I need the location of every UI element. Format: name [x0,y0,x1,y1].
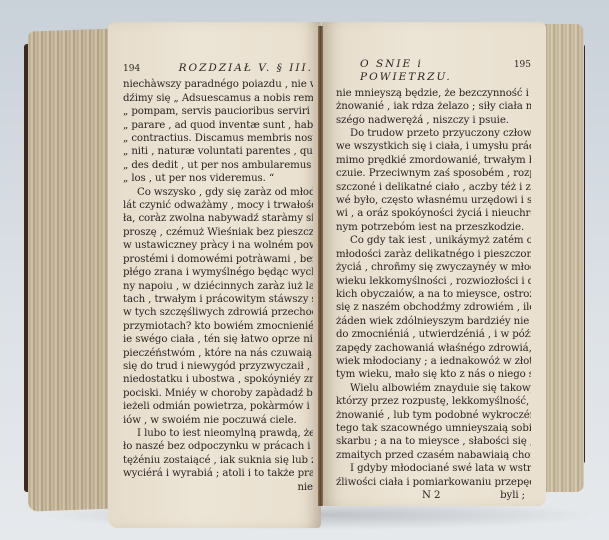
page-block-right-edge [540,24,584,492]
text-line: niechàwszy paradnégo poiazdu , nie wsty- [123,78,313,91]
text-line: wé było, często własnému urzędowi i stan… [336,194,531,207]
text-line: czuie. Przeciwnym zaś sposobém , rozpie- [336,167,531,180]
text-line: się do trud i niewygód przyzwyczaił , té… [123,360,313,373]
text-line: nym potrzebóm iest na przeszkodzie. [336,221,531,234]
text-line: I lubo to iest nieomylną prawdą, że cia- [123,427,313,440]
left-running-head: 194 ROZDZIAŁ V. § III. [123,62,313,76]
text-line: zmaitych przed czasém nabawiaią chorób. [336,449,531,462]
text-line: Do trudow przeto przyuczony człowiek, [336,127,531,140]
text-line: płégo zrana i wymyślnégo będąc wychowa- [123,266,313,279]
text-line: pociski. Mniéy w choroby zapàdadź będzie… [123,387,313,400]
text-line: „ parare , ad quod inventæ sunt , habita… [123,119,313,132]
text-line: „ des dedit , ut per nos ambularemus , o… [123,159,313,172]
text-line: wyciérá i wyrabiá ; atoli i to także pra… [123,467,313,480]
text-line: iów , w swoiém nie poczuwá ciele. [123,414,313,427]
text-line: wiek młodociany ; a iednakowóż w złotym [336,355,531,368]
text-line: prostémi i domowémi potràwami , bez cie- [123,253,313,266]
right-catchword: byli ; [500,489,525,502]
text-line: żnowanié , lub tym podobné wykroczéniá , [336,409,531,422]
text-line: „ los , ut per nos videremus. “ [123,172,313,185]
text-line: tym wieku, mało się kto z nás o niego st… [336,368,531,381]
text-line: żnowanié , iak rdza żelazo ; siły ciała … [336,100,531,113]
text-line: dźimy się „ Adsuescamus a nobis removere [123,92,313,105]
text-line: się z naszém obchodźmy zdrowiém , ilé że [336,301,531,314]
text-line: w ustawiczney pràcy i na wolném powietrz… [123,239,313,252]
text-line: tego tak szacownégo umnieyszaią sobie [336,422,531,435]
text-line: przymiotach? kto bowiém zmocnienié czu- [123,320,313,333]
text-line: Wielu albowiém znayduie się takowych, [336,382,531,395]
text-line: niedostatku i ubostwa , spokóyniéy znies… [123,373,313,386]
text-line: skarbu ; a na to mieysce , słabości się … [336,435,531,448]
text-line: wi , a oráz spokóyności życiá i nieuchro… [336,207,531,220]
text-line: zapędy zachowaniá właśnégo zdrowiá, nad [336,342,531,355]
left-page-number: 194 [123,63,140,76]
text-line: Co wszysko , gdy się zaràz od młodych [123,186,313,199]
text-line: wieku lekkomyślności , rozwiozłości i dz… [336,275,531,288]
text-line: proszę , czémuż Wieśniak bez pieszczót , [123,226,313,239]
left-page-text: 194 ROZDZIAŁ V. § III. niechàwszy paradn… [123,62,313,494]
right-running-head: O SNIE i POWIETRZU. 195 [336,58,531,85]
text-line: ie swégo ciała , tén się łatwo oprze nie… [123,333,313,346]
text-line: w tych szczęśliwych zdrowiá przechodźi [123,306,313,319]
text-line: ło naszé bez odpoczynku w prácach i sił … [123,440,313,453]
text-line: mimo prędkié zmordowanié, trwałym bydź [336,154,531,167]
text-line: młodości zaràz delikatnégo i pieszczonég… [336,248,531,261]
text-line: lát czynić odważàmy , mocy i trwałości c… [123,199,313,212]
right-page-footer: N 2 byli ; [336,489,531,502]
text-line: ieżeli odmián powietrza, pokàrmów i napo… [123,400,313,413]
right-page-lines: nie mnieyszą będzie, że bezczynność i pr… [336,87,531,489]
book-gutter [318,26,323,506]
signature-mark: N 2 [422,489,440,502]
text-line: ny napoiu , w dziécinnych zaràz iuż la- [123,280,313,293]
text-line: nie mnieyszą będzie, że bezczynność i pr… [336,87,531,100]
text-line: tach , trwałym i prácowitym stáwszy się,… [123,293,313,306]
text-line: pieczéństwóm , które na nás czuwaią. Kto [123,347,313,360]
text-line: „ niti , naturæ voluntati parentes , qua… [123,145,313,158]
text-line: szégo nadwerężá , niszczy i psuie. [336,114,531,127]
page-block-left-edge [28,28,118,511]
right-page-number: 195 [514,59,531,72]
text-line: do zmocniéniá , utwierdzéniá , i w późné… [336,328,531,341]
right-page: O SNIE i POWIETRZU. 195 nie mnieyszą będ… [322,22,546,506]
right-page-text: O SNIE i POWIETRZU. 195 nie mnieyszą będ… [336,58,531,502]
text-line: kich obyczaiów, a na to mieysce, ostrożn… [336,288,531,301]
text-line: we wszystkich się i ciała, i umysłu prác… [336,140,531,153]
left-catchword: nie [123,481,313,494]
left-page: 194 ROZDZIAŁ V. § III. niechàwszy paradn… [108,22,321,528]
text-line: ła, coràz zwolna nabywadź staràmy się. B… [123,212,313,225]
text-line: „ pompam, servis paucioribus serviri , v… [123,105,313,118]
text-line: żáden wiek zdólnieyszym bardziéy nie ies… [336,315,531,328]
text-line: „ contractius. Discamus membris nostris … [123,132,313,145]
text-line: życiá , chroñmy się zwyczaynéy w młodym [336,261,531,274]
text-line: szczoné i delikatné ciało , aczby téż i … [336,181,531,194]
text-line: tężéniu zostaiącé , iak suknia się lub ż… [123,454,313,467]
left-head-title: ROZDZIAŁ V. § III. [179,62,313,75]
right-head-title: O SNIE i POWIETRZU. [360,58,514,85]
left-page-lines: niechàwszy paradnégo poiazdu , nie wsty-… [123,78,313,480]
text-line: I gdyby młodociané swé lata w wstrzemię- [336,462,531,475]
text-line: źliwości ciała i pomiarkowaniu przepędzi… [336,476,531,489]
text-line: Co gdy tak iest , unikáymyż zatém od [336,234,531,247]
text-line: którzy przez rozpustę, lekkomyślność, pr… [336,395,531,408]
